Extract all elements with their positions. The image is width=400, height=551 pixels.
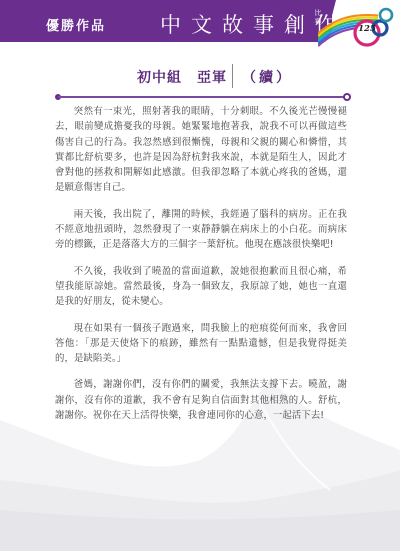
paragraph: 兩天後，我出院了，離開的時候，我經過了腦科的病房。正在我不經意地扭頭時，忽然發現…: [55, 207, 347, 253]
paragraph: 爸媽，謝謝你們，沒有你們的關愛，我無法支撐下去。曉盈，謝謝你，沒有你的道歉，我不…: [55, 377, 347, 423]
page-number: 125: [356, 24, 378, 34]
story-body: 突然有一束光，照射著我的眼睛，十分刺眼。不久後光芒慢慢褪去，眼前變成擔憂我的母親…: [55, 104, 347, 434]
paragraph: 不久後，我收到了曉盈的當面道歉，說她很抱歉而且很心痛，希望我能原諒她。當然最後，…: [55, 264, 347, 310]
document-page: 優勝作品 中文故事創作 比賽 125 初中組 亞軍 （續） 突然有一束光，照射著…: [0, 0, 400, 551]
section-title: 初中組 亞軍: [137, 67, 227, 87]
continued-label: （續）: [242, 67, 293, 87]
paragraph: 現在如果有一個孩子跑過來，問我臉上的疤痕從何而來，我會回答他：「那是天使烙下的痕…: [55, 321, 347, 367]
heading-rule: [58, 96, 346, 98]
section-label: 優勝作品: [46, 15, 106, 34]
title-divider: [232, 64, 233, 88]
paragraph: 突然有一束光，照射著我的眼睛，十分刺眼。不久後光芒慢慢褪去，眼前變成擔憂我的母親…: [55, 104, 347, 196]
rule-dot-right: [343, 93, 351, 101]
section-heading: 初中組 亞軍 （續）: [0, 62, 400, 88]
